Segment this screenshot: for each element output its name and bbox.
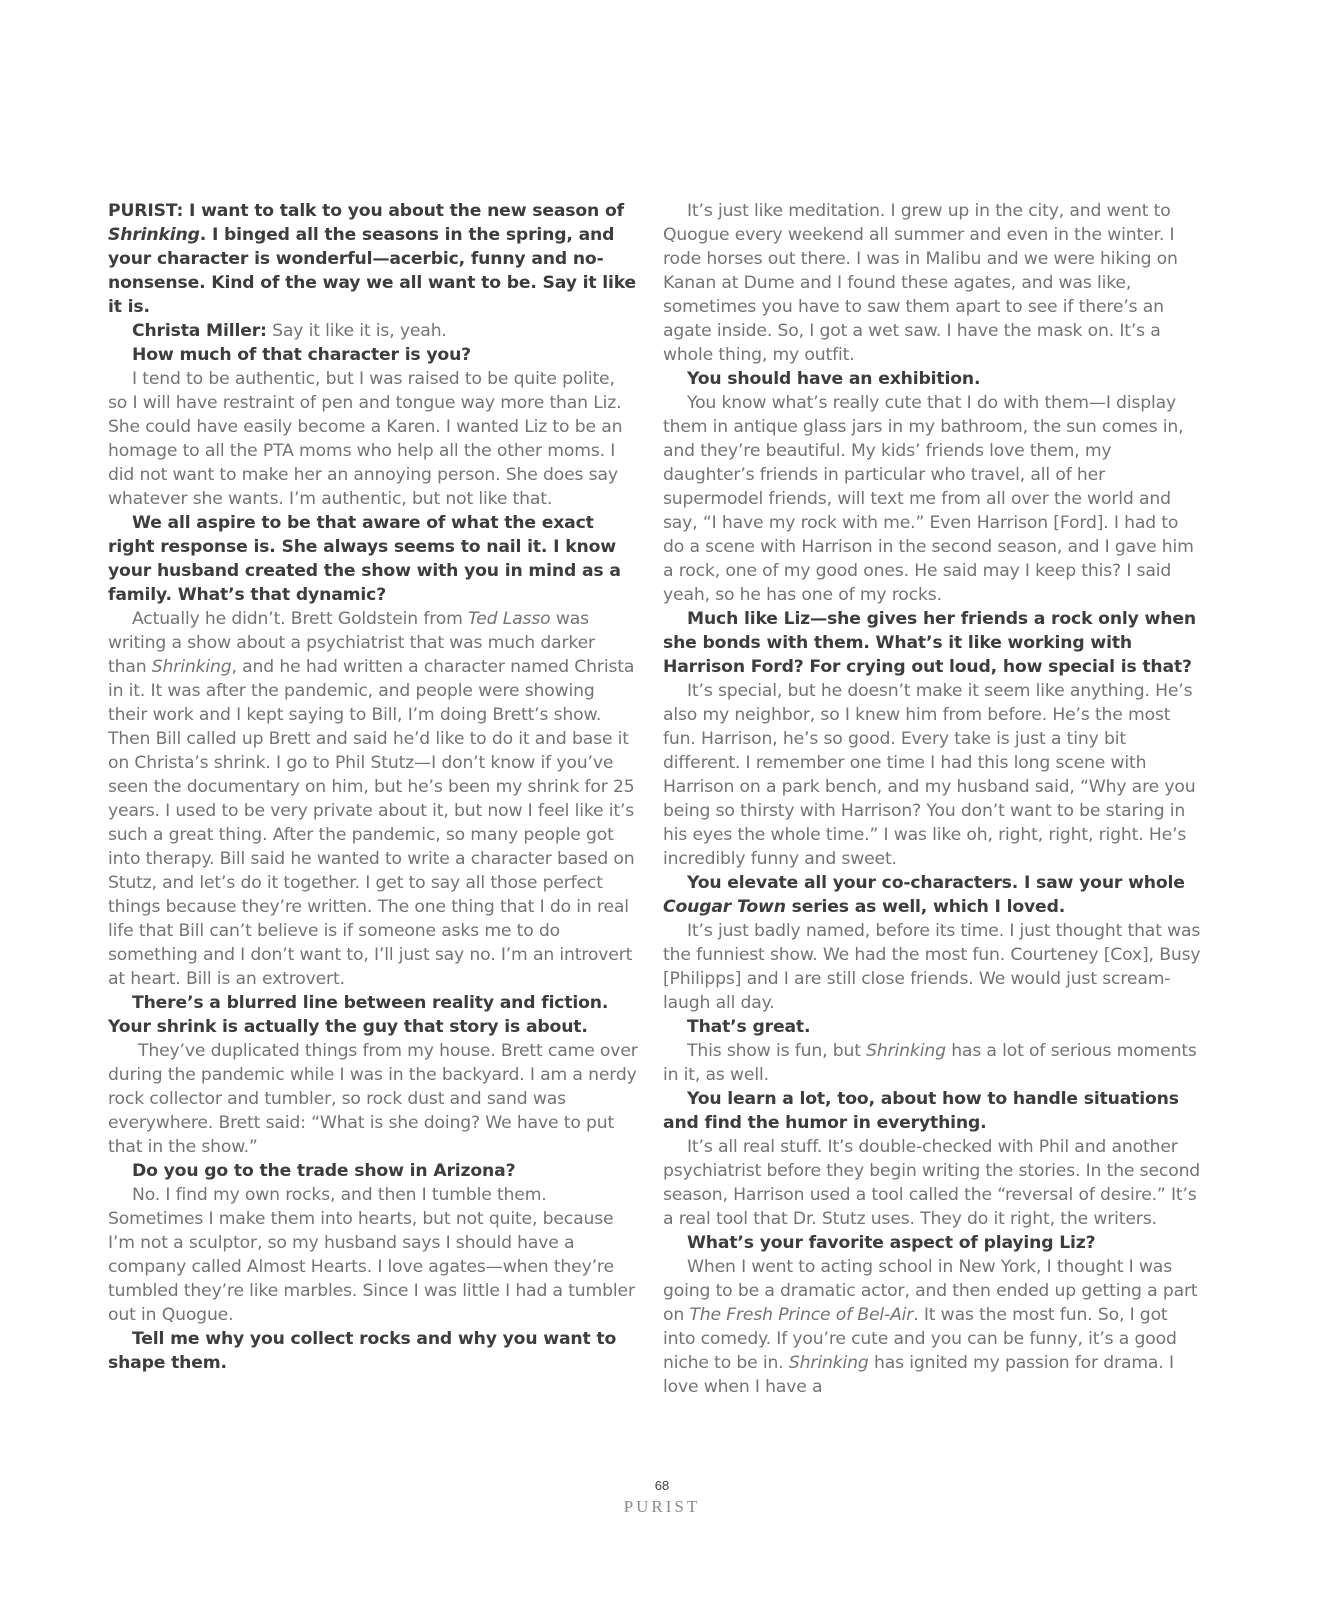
answer-text: Say it like it is, yeah.	[267, 321, 447, 341]
answer: No. I find my own rocks, and then I tumb…	[108, 1183, 638, 1327]
answer: It’s just badly named, before its time. …	[663, 919, 1203, 1015]
answer-text: This show is fun, but	[687, 1041, 866, 1061]
answer-text: , and he had written a character named C…	[108, 657, 635, 989]
left-column: PURIST: I want to talk to you about the …	[108, 199, 638, 1375]
question: Tell me why you collect rocks and why yo…	[108, 1327, 638, 1375]
question-text: You elevate all your co-characters. I sa…	[687, 873, 1185, 893]
show-title: Shrinking	[152, 657, 232, 677]
page-number: 68	[0, 1478, 1324, 1493]
question: We all aspire to be that aware of what t…	[108, 511, 638, 607]
question: You should have an exhibition.	[663, 367, 1203, 391]
question: That’s great.	[663, 1015, 1203, 1039]
answer: They’ve duplicated things from my house.…	[108, 1039, 638, 1159]
show-title: Shrinking	[789, 1353, 869, 1373]
question: What’s your favorite aspect of playing L…	[663, 1231, 1203, 1255]
question-text: series as well, which I loved.	[786, 897, 1065, 917]
show-title: The Fresh Prince of Bel-Air	[689, 1305, 913, 1325]
intro-lead: PURIST: I want to talk to you about the …	[108, 201, 624, 221]
show-title: Ted Lasso	[468, 609, 551, 629]
question: Do you go to the trade show in Arizona?	[108, 1159, 638, 1183]
show-title: Cougar Town	[663, 897, 786, 917]
answer: It’s special, but he doesn’t make it see…	[663, 679, 1203, 871]
answer: When I went to acting school in New York…	[663, 1255, 1203, 1399]
answer: I tend to be authentic, but I was raised…	[108, 367, 638, 511]
intro-question: PURIST: I want to talk to you about the …	[108, 199, 638, 319]
question: How much of that character is you?	[108, 343, 638, 367]
question: You learn a lot, too, about how to handl…	[663, 1087, 1203, 1135]
speaker-name: Christa Miller:	[132, 321, 267, 341]
brand-logo: PURIST	[0, 1497, 1324, 1517]
answer: Christa Miller: Say it like it is, yeah.	[108, 319, 638, 343]
answer: You know what’s really cute that I do wi…	[663, 391, 1203, 607]
answer: This show is fun, but Shrinking has a lo…	[663, 1039, 1203, 1087]
answer-text: Actually he didn’t. Brett Goldstein from	[132, 609, 468, 629]
right-column: It’s just like meditation. I grew up in …	[663, 199, 1203, 1399]
answer: It’s just like meditation. I grew up in …	[663, 199, 1203, 367]
show-title: Shrinking	[866, 1041, 946, 1061]
show-title: Shrinking	[108, 225, 200, 245]
answer: Actually he didn’t. Brett Goldstein from…	[108, 607, 638, 991]
answer: It’s all real stuff. It’s double-checked…	[663, 1135, 1203, 1231]
magazine-page: PURIST: I want to talk to you about the …	[0, 0, 1324, 1600]
question: You elevate all your co-characters. I sa…	[663, 871, 1203, 919]
question: Much like Liz—she gives her friends a ro…	[663, 607, 1203, 679]
question: There’s a blurred line between reality a…	[108, 991, 638, 1039]
